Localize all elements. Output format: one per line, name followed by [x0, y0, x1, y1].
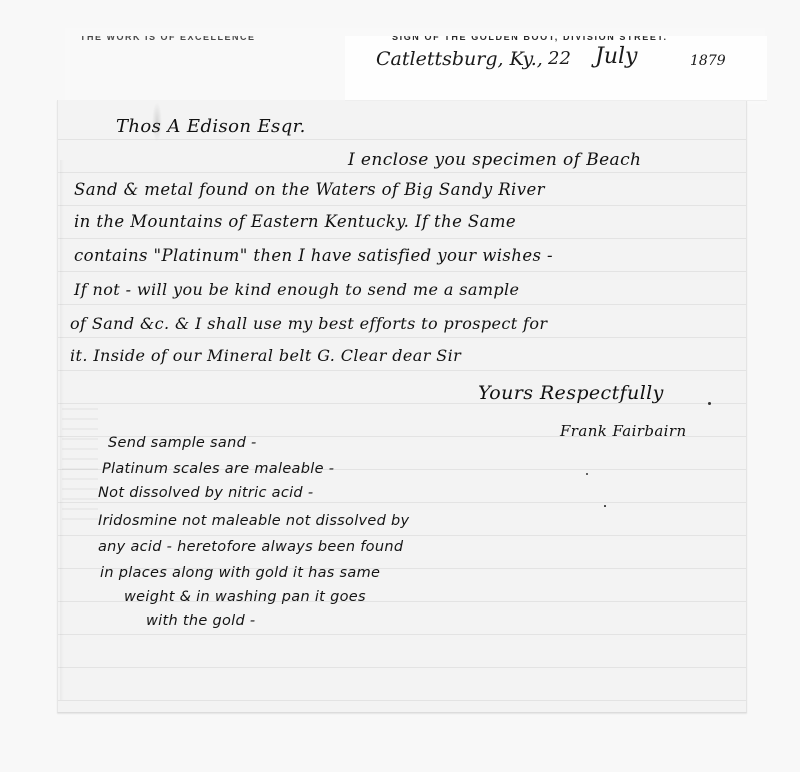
annotation-line: weight & in washing pan it goes: [124, 590, 366, 605]
ink-speck: [604, 505, 606, 507]
annotation-line: Iridosmine not maleable not dissolved by: [98, 514, 409, 529]
dateline-month: July: [595, 44, 637, 69]
margin-bleed-through: [62, 400, 98, 520]
annotation-line: with the gold -: [146, 614, 255, 629]
letter-line: contains "Platinum" then I have satisfie…: [74, 248, 553, 265]
annotation-line: any acid - heretofore always been found: [98, 540, 403, 555]
annotation-line: Not dissolved by nitric acid -: [98, 486, 313, 501]
letter-line: of Sand &c. & I shall use my best effort…: [70, 316, 547, 332]
letter-line: I enclose you specimen of Beach: [348, 152, 641, 169]
letter-line: it. Inside of our Mineral belt G. Clear …: [70, 348, 461, 364]
letter-line: in the Mountains of Eastern Kentucky. If…: [74, 214, 516, 231]
closing: Yours Respectfully: [478, 384, 664, 403]
salutation: Thos A Edison Esqr.: [116, 118, 306, 136]
dateline-city: Catlettsburg, Ky.,: [376, 48, 543, 70]
letter-line: Sand & metal found on the Waters of Big …: [74, 182, 545, 199]
ink-dot: [708, 402, 711, 405]
annotation-line: Send sample sand -: [108, 436, 257, 451]
dateline-day: 22: [548, 48, 571, 69]
annotation-line: in places along with gold it has same: [100, 566, 380, 581]
dateline-year: 1879: [690, 53, 726, 69]
letter-line: If not - will you be kind enough to send…: [74, 282, 519, 298]
ink-speck: [586, 473, 588, 475]
annotation-line: Platinum scales are maleable -: [102, 462, 334, 477]
signature: Frank Fairbairn: [560, 424, 687, 439]
